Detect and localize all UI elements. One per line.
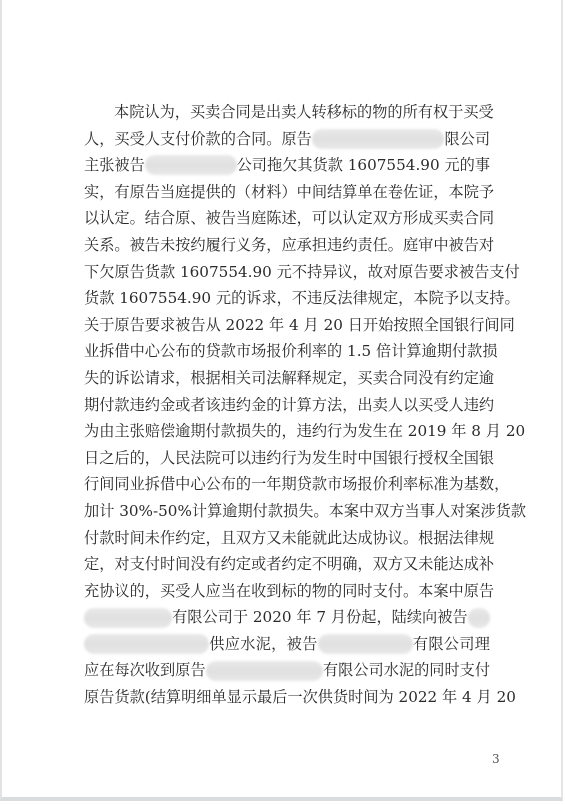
text-char: 4	[406, 152, 416, 179]
text-char: 付	[253, 498, 268, 525]
redaction-blur	[318, 634, 413, 654]
text-char: 约	[342, 232, 357, 259]
text-char: 报	[357, 471, 372, 498]
text-char: 0	[430, 152, 440, 179]
text-char: 权	[433, 99, 448, 126]
text-char: 成	[357, 525, 372, 552]
text-char: 利	[297, 338, 312, 365]
text-char: 求	[160, 365, 175, 392]
text-char: 法	[449, 525, 464, 552]
text-char: 同	[403, 365, 418, 392]
text-line: 加计 30%-50%计算逾期付款损失。本案中双方当事人对案涉货款	[84, 498, 490, 525]
text-char: 法	[190, 445, 205, 472]
text-char: 陆	[392, 604, 407, 631]
text-char: 定	[357, 205, 372, 232]
text-char: 付	[99, 392, 114, 419]
text-char: 间	[312, 179, 327, 206]
text-char: ，	[297, 205, 312, 232]
text-char: 责	[357, 232, 372, 259]
text-line: 主张被告公司拖欠其货款 1607554.90 元的事	[84, 152, 490, 179]
text-char: 支	[474, 285, 489, 312]
text-char: 行	[469, 312, 484, 339]
text-char: 成	[418, 205, 433, 232]
text-char: 元	[216, 285, 231, 312]
text-char: 细	[196, 684, 211, 711]
text-char: 2	[226, 312, 236, 339]
text-char: 2	[245, 312, 255, 339]
text-char: 间	[484, 312, 499, 339]
text-char: 本	[413, 285, 428, 312]
text-char: 同	[251, 126, 266, 153]
text-char: 期	[190, 418, 205, 445]
text-char: 出	[266, 99, 281, 126]
text-char: 被	[287, 631, 302, 658]
text-char: 1	[119, 285, 129, 312]
redaction-blur	[145, 155, 237, 175]
text-char: 当	[236, 205, 251, 232]
text-char: 告	[464, 232, 479, 259]
text-char: 逾	[479, 365, 494, 392]
text-char: 后	[114, 445, 129, 472]
text-char: 1	[347, 338, 357, 365]
text-char: 偿	[160, 418, 175, 445]
text-char: 原	[175, 657, 190, 684]
text-char: 的	[130, 445, 145, 472]
text-char: 人	[145, 126, 160, 153]
text-char: 该	[206, 392, 221, 419]
text-char: 诉	[114, 365, 129, 392]
text-char: 公	[160, 338, 175, 365]
document-page: 本院认为，买卖合同是出卖人转移标的物的所有权于买受人，买受人支付价款的合同。原告…	[0, 0, 563, 801]
text-char: 主	[114, 418, 129, 445]
text-char: 2	[418, 684, 428, 711]
text-char: 算	[166, 684, 181, 711]
text-char: 应	[84, 657, 99, 684]
text-char: %	[177, 498, 191, 525]
text-char: 价	[281, 338, 296, 365]
text-char: 告	[413, 259, 428, 286]
text-char: 由	[99, 418, 114, 445]
text-char: 对	[114, 551, 129, 578]
text-char: 1	[348, 152, 358, 179]
text-char: 。	[266, 126, 281, 153]
text-char: 基	[464, 471, 479, 498]
text-char: 泥	[399, 657, 414, 684]
text-char: 损	[482, 338, 497, 365]
text-char: 付	[206, 418, 221, 445]
text-char: 、	[190, 205, 205, 232]
text-char: ，	[376, 604, 391, 631]
text-char: 2	[497, 684, 507, 711]
text-char: 没	[190, 551, 205, 578]
text-char: 付	[84, 525, 99, 552]
text-char: 中	[359, 498, 374, 525]
text-char: 款	[328, 152, 343, 179]
text-char: 案	[433, 578, 448, 605]
text-char: 公	[206, 471, 221, 498]
text-char: 0	[235, 312, 245, 339]
text-char: 同	[114, 471, 129, 498]
text-char: 形	[403, 205, 418, 232]
text-char: 人	[449, 392, 464, 419]
text-char: 当	[405, 498, 420, 525]
text-line: 货款 1607554.90 元的诉求，不违反法律规定，本院予以支持。	[84, 285, 490, 312]
text-char: 利	[388, 471, 403, 498]
text-char: ，	[342, 365, 357, 392]
text-char: 9	[192, 285, 202, 312]
text-char: 持	[307, 259, 322, 286]
text-char: 供	[209, 631, 224, 658]
text-line: 付款时间未作约定，且双方又未能就此达成协议。根据法律规	[84, 525, 490, 552]
text-char: 公	[237, 152, 252, 179]
text-char: 2	[399, 684, 409, 711]
text-char: 金	[251, 392, 266, 419]
text-char: 行	[84, 471, 99, 498]
text-char: 失	[251, 418, 266, 445]
text-char: 日	[348, 312, 363, 339]
text-char: 确	[342, 551, 357, 578]
text-char: 出	[357, 392, 372, 419]
text-char: 款	[99, 525, 114, 552]
text-char: 中	[297, 179, 312, 206]
text-char: 的	[414, 657, 429, 684]
text-char: 生	[373, 418, 388, 445]
text-char: 此	[327, 525, 342, 552]
text-char: 间	[99, 471, 114, 498]
text-char: 的	[357, 99, 372, 126]
text-char: 约	[175, 525, 190, 552]
text-char: 期	[281, 471, 296, 498]
text-char: 为	[449, 471, 464, 498]
text-char: 未	[418, 551, 433, 578]
text-line: 本院认为，买卖合同是出卖人转移标的物的所有权于买受	[84, 99, 490, 126]
text-char: 行	[403, 445, 418, 472]
text-line: 关于原告要求被告从 2022 年 4 月 20 日开始按照全国银行间同	[84, 312, 490, 339]
text-char: 补	[479, 551, 494, 578]
text-line: 原告货款(结算明细单显示最后一次供货时间为 2022 年 4 月 20	[84, 684, 490, 711]
text-char: 据	[206, 365, 221, 392]
text-char: 原	[84, 684, 99, 711]
text-char: 期	[84, 392, 99, 419]
text-char: 付	[388, 578, 403, 605]
text-char: 按	[393, 312, 408, 339]
text-char: 货	[145, 259, 160, 286]
text-char: 月	[304, 312, 319, 339]
text-char: 9	[437, 418, 447, 445]
text-char: 场	[342, 471, 357, 498]
text-char: 在	[236, 578, 251, 605]
text-char: 其	[297, 152, 312, 179]
text-char: 承	[297, 232, 312, 259]
text-char: 违	[327, 232, 342, 259]
text-char: 9	[252, 259, 262, 286]
text-char: 有	[433, 365, 448, 392]
text-char: 原	[175, 205, 190, 232]
text-char: 本	[418, 578, 433, 605]
text-char: 同	[236, 99, 251, 126]
text-char: 8	[471, 418, 481, 445]
text-char: 市	[236, 338, 251, 365]
text-char: 原	[281, 126, 296, 153]
text-char: 又	[403, 551, 418, 578]
text-char: 未	[281, 525, 296, 552]
text-char: 水	[384, 657, 399, 684]
text-char: 司	[218, 604, 233, 631]
text-char: 告	[474, 259, 489, 286]
text-char: 次	[303, 684, 318, 711]
text-char: 0	[333, 312, 343, 339]
text-char: 同	[429, 657, 444, 684]
text-char: 2	[428, 684, 438, 711]
text-char: 协	[373, 525, 388, 552]
text-char: 的	[130, 578, 145, 605]
text-char: 5	[158, 285, 168, 312]
text-char: 卖	[373, 392, 388, 419]
text-char: 6	[190, 259, 200, 286]
text-char: 要	[429, 259, 444, 286]
text-char: 原	[114, 312, 129, 339]
text-char: 逾	[222, 498, 237, 525]
text-char: 款	[160, 259, 175, 286]
text-char: 规	[479, 525, 494, 552]
text-char: 认	[144, 99, 159, 126]
text-char: 7	[377, 152, 387, 179]
text-char: 合	[160, 205, 175, 232]
text-char: 按	[175, 232, 190, 259]
text-char: 0	[417, 418, 427, 445]
text-char: 。	[388, 232, 403, 259]
text-char: ）	[281, 179, 296, 206]
text-char: 算	[342, 179, 357, 206]
text-char: 关	[236, 365, 251, 392]
text-char: 可	[312, 205, 327, 232]
text-char: 约	[236, 392, 251, 419]
text-char: 充	[84, 578, 99, 605]
text-char: 付	[452, 338, 467, 365]
text-char: 有	[323, 657, 338, 684]
text-char: 告	[130, 152, 145, 179]
text-char: 率	[312, 338, 327, 365]
text-char: 司	[475, 126, 490, 153]
text-char: 行	[281, 445, 296, 472]
text-char: 元	[444, 152, 459, 179]
text-char: 当	[221, 578, 236, 605]
text-char: 对	[450, 498, 465, 525]
text-char: 合	[220, 99, 235, 126]
text-char: 对	[479, 232, 494, 259]
text-char: 就	[312, 525, 327, 552]
text-char: 定	[383, 285, 398, 312]
text-char: 为	[342, 418, 357, 445]
text-char: 标	[342, 99, 357, 126]
text-char: 的	[221, 179, 236, 206]
text-char: 付	[475, 657, 490, 684]
text-char: 单	[357, 179, 372, 206]
text-char: 的	[460, 152, 475, 179]
text-char: 人	[160, 445, 175, 472]
text-char: 告	[452, 604, 467, 631]
text-char: 金	[160, 392, 175, 419]
text-char: 张	[99, 152, 114, 179]
text-char: 为	[84, 418, 99, 445]
text-char: 人	[435, 498, 450, 525]
text-char: ，	[99, 126, 114, 153]
text-char: 约	[266, 445, 281, 472]
text-char: 限	[338, 657, 353, 684]
text-char: 原	[130, 179, 145, 206]
text-line: 应在每次收到原告有限公司水泥的同时支付	[84, 657, 490, 684]
text-char: 根	[190, 365, 205, 392]
text-char: 违	[307, 285, 322, 312]
text-char: 明	[327, 551, 342, 578]
text-char: 解	[281, 365, 296, 392]
text-char: 贷	[297, 471, 312, 498]
text-char: 涉	[480, 498, 495, 525]
text-char: 于	[233, 604, 248, 631]
text-char: 可	[221, 445, 236, 472]
text-char: 拆	[99, 338, 114, 365]
text-char: 5	[386, 152, 396, 179]
text-char: 算	[207, 498, 222, 525]
text-char: 人	[388, 392, 403, 419]
text-char: 求	[444, 259, 459, 286]
text-char: 的	[99, 365, 114, 392]
text-char: 月	[477, 684, 492, 711]
text-char: 定	[297, 551, 312, 578]
text-line: 定，对支付时间没有约定或者约定不明确，双方又未能达成补	[84, 551, 490, 578]
text-char: 告	[221, 205, 236, 232]
text-char: 被	[206, 205, 221, 232]
text-char: 中	[175, 471, 190, 498]
text-char: 约	[312, 418, 327, 445]
text-char: 被	[175, 312, 190, 339]
text-char: 收	[251, 578, 266, 605]
text-char: 院	[464, 179, 479, 206]
text-char: 付	[145, 551, 160, 578]
text-line: 下欠原告货款 1607554.90 元不持异议，故对原告要求被告支付	[84, 259, 490, 286]
text-char: 有	[114, 179, 129, 206]
text-char: 司	[459, 631, 474, 658]
text-char: 市	[327, 471, 342, 498]
text-char: 定	[464, 365, 479, 392]
text-char: 要	[145, 312, 160, 339]
text-char: 9	[420, 152, 430, 179]
text-char: 价	[373, 471, 388, 498]
text-char: 同	[342, 578, 357, 605]
text-char: 赔	[145, 418, 160, 445]
text-char: 损	[283, 498, 298, 525]
text-char: 权	[433, 445, 448, 472]
text-char: 借	[160, 471, 175, 498]
text-char: 在	[99, 657, 114, 684]
text-char: 物	[372, 99, 387, 126]
text-char: 佐	[403, 179, 418, 206]
text-char: 为	[160, 99, 175, 126]
text-char: 公	[353, 657, 368, 684]
text-char: 方	[388, 205, 403, 232]
text-char: 买	[357, 365, 372, 392]
text-char: 欠	[99, 259, 114, 286]
text-char: 定	[327, 365, 342, 392]
text-char: 院	[429, 285, 444, 312]
text-char: 合	[388, 365, 403, 392]
text-char: 议	[337, 259, 352, 286]
text-char: 付	[504, 259, 519, 286]
text-char: 银	[454, 312, 469, 339]
text-char: 又	[266, 525, 281, 552]
text-char: 违	[221, 392, 236, 419]
text-char: 应	[225, 631, 240, 658]
text-char: 之	[99, 445, 114, 472]
text-char: 相	[221, 365, 236, 392]
text-char: 欠	[282, 152, 297, 179]
text-char: 时	[114, 525, 129, 552]
text-char: 的	[297, 578, 312, 605]
text-line: 关系。被告未按约履行义务，应承担违约责任。庭审中被告对	[84, 232, 490, 259]
text-char: 5	[219, 259, 229, 286]
text-char: 应	[206, 578, 221, 605]
text-char: 货	[114, 684, 129, 711]
text-char: 的	[327, 578, 342, 605]
redaction-blur	[84, 634, 209, 654]
text-char: 有	[413, 631, 428, 658]
text-char: ，	[357, 551, 372, 578]
redaction-blur	[84, 608, 172, 628]
text-char: 时	[342, 445, 357, 472]
text-char: 款	[268, 498, 283, 525]
text-char: 损	[236, 418, 251, 445]
text-char: 布	[175, 338, 190, 365]
text-char: 对	[383, 259, 398, 286]
text-char: 是	[251, 99, 266, 126]
text-line: 业拆借中心公布的贷款市场报价利率的 1.5 倍计算逾期付款损	[84, 338, 490, 365]
text-char: 的	[266, 392, 281, 419]
text-char: 失	[84, 365, 99, 392]
text-char: 支	[373, 578, 388, 605]
text-char: 的	[236, 471, 251, 498]
text-char: 应	[281, 232, 296, 259]
text-char: 提	[190, 179, 205, 206]
text-char: 6	[357, 152, 367, 179]
text-char: 次	[130, 657, 145, 684]
text-char: 期	[237, 498, 252, 525]
text-char: 续	[407, 604, 422, 631]
text-char: 公	[460, 126, 475, 153]
text-char: 庭	[175, 179, 190, 206]
text-char: 请	[145, 365, 160, 392]
text-line: 充协议的，买受人应当在收到标的物的同时支付。本案中原告	[84, 578, 490, 605]
text-char: 全	[424, 312, 439, 339]
text-char: 中	[449, 578, 464, 605]
text-char: 方	[388, 551, 403, 578]
text-char: 约	[145, 392, 160, 419]
text-char: 4	[177, 285, 187, 312]
text-char: 款	[312, 471, 327, 498]
text-char: 款	[221, 338, 236, 365]
text-char: 履	[206, 232, 221, 259]
text-char: 行	[221, 232, 236, 259]
text-char: 违	[297, 418, 312, 445]
text-char: ，	[494, 471, 509, 498]
text-char: 标	[281, 578, 296, 605]
text-char: 法	[337, 285, 352, 312]
text-line: 实，有原告当庭提供的（材料）中间结算单在卷佐证，本院予	[84, 179, 490, 206]
text-char: 约	[190, 232, 205, 259]
text-char: 款	[206, 126, 221, 153]
text-char: 告	[297, 126, 312, 153]
text-line: 人，买受人支付价款的合同。原告限公司	[84, 126, 490, 153]
text-char: 者	[190, 392, 205, 419]
